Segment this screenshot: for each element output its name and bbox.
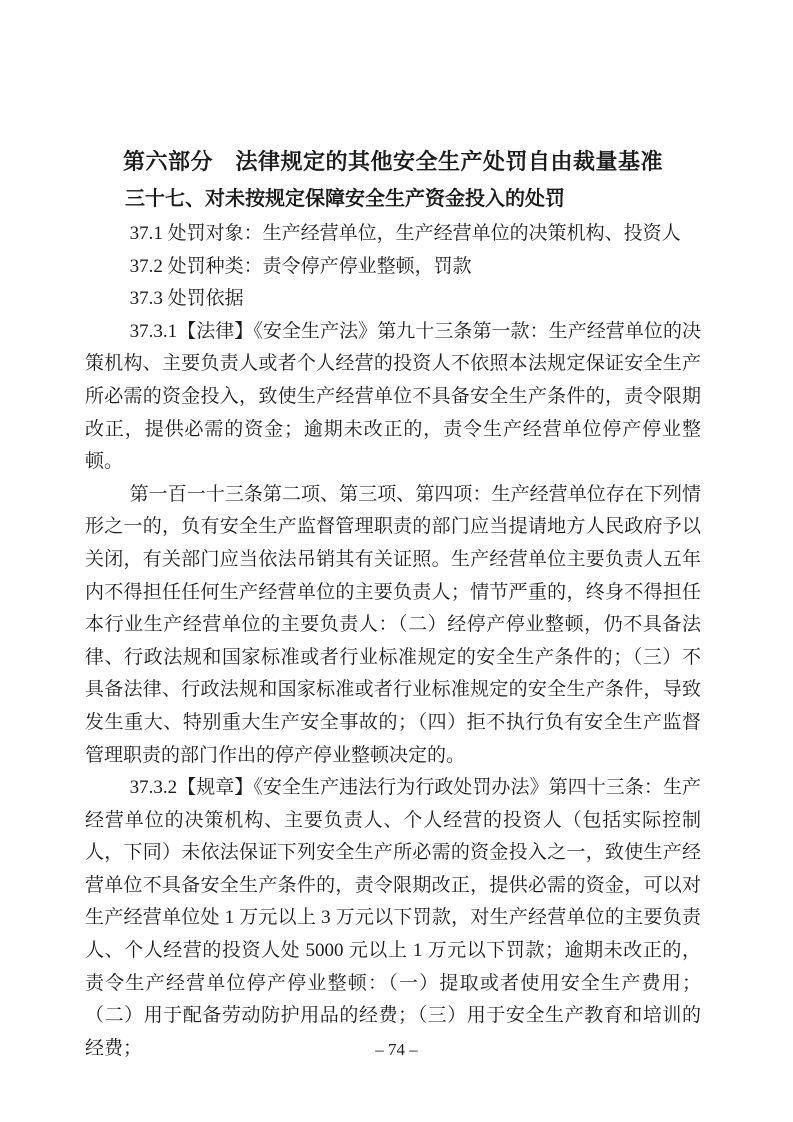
paragraph-regulation-article-43: 37.3.2【规章】《安全生产违法行为行政处罚办法》第四十三条：生产经营单位的决… bbox=[85, 772, 701, 1065]
section-heading: 三十七、对未按规定保障安全生产资金投入的处罚 bbox=[85, 180, 701, 218]
page-number: – 74 – bbox=[0, 1038, 793, 1062]
paragraph-law-article-93: 37.3.1【法律】《安全生产法》第九十三条第一款：生产经营单位的决策机构、主要… bbox=[85, 316, 701, 479]
document-title: 第六部分 法律规定的其他安全生产处罚自由裁量基准 bbox=[85, 144, 701, 180]
paragraph-punishment-basis: 37.3 处罚依据 bbox=[85, 283, 701, 316]
document-page: 第六部分 法律规定的其他安全生产处罚自由裁量基准 三十七、对未按规定保障安全生产… bbox=[0, 0, 793, 1122]
paragraph-article-113: 第一百一十三条第二项、第三项、第四项：生产经营单位存在下列情形之一的，负有安全生… bbox=[85, 479, 701, 772]
document-content: 第六部分 法律规定的其他安全生产处罚自由裁量基准 三十七、对未按规定保障安全生产… bbox=[85, 144, 701, 1065]
paragraph-punishment-target: 37.1 处罚对象：生产经营单位，生产经营单位的决策机构、投资人 bbox=[85, 218, 701, 251]
paragraph-punishment-type: 37.2 处罚种类：责令停产停业整顿，罚款 bbox=[85, 251, 701, 284]
